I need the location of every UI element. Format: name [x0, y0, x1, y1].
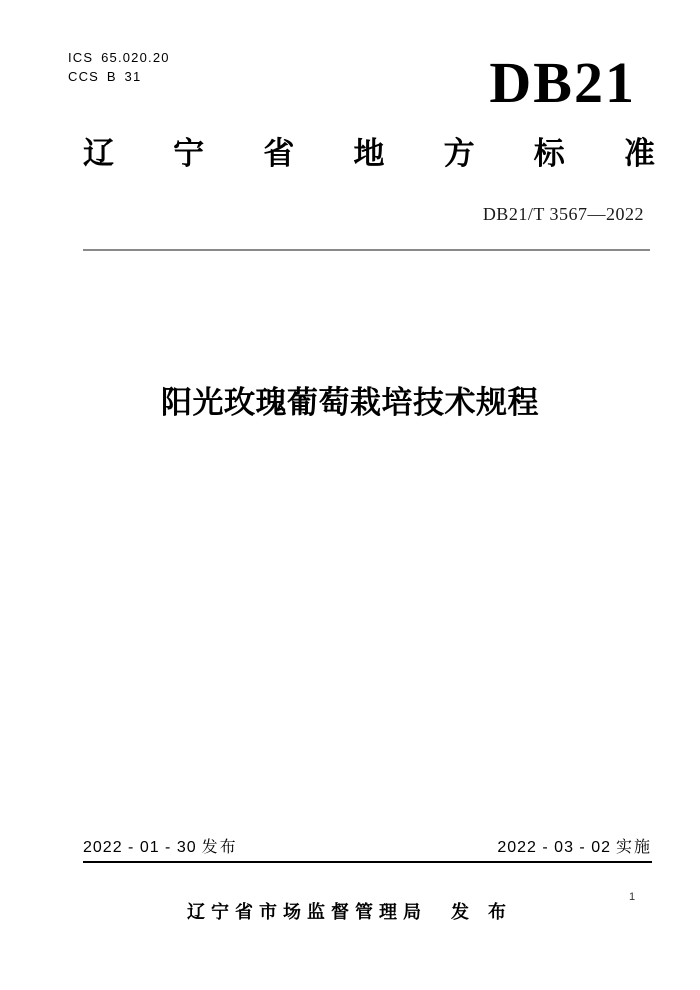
- standard-type-char: 标: [534, 136, 565, 172]
- ccs-code: CCS B 31: [68, 67, 170, 86]
- header-divider-rule: [83, 249, 650, 251]
- issue-label: 发布: [202, 834, 238, 857]
- standard-type-char: 方: [444, 136, 475, 172]
- implement-date-group: 2022 - 03 - 02 实施: [497, 834, 652, 857]
- implement-label: 实施: [616, 834, 652, 857]
- standard-type-char: 地: [353, 136, 384, 172]
- issue-date: 2022 - 01 - 30: [83, 839, 197, 857]
- standard-cover-page: ICS 65.020.20 CCS B 31 DB21 辽 宁 省 地 方 标 …: [0, 0, 700, 990]
- dates-row: 2022 - 01 - 30 发布 2022 - 03 - 02 实施: [83, 834, 652, 863]
- issue-date-group: 2022 - 01 - 30 发布: [83, 834, 238, 857]
- publish-label: 发 布: [451, 898, 513, 924]
- classification-codes: ICS 65.020.20 CCS B 31: [68, 48, 170, 86]
- document-title: 阳光玫瑰葡萄栽培技术规程: [0, 377, 700, 422]
- db21-logo: DB21: [489, 54, 636, 112]
- publisher-name: 辽宁省市场监督管理局: [187, 898, 427, 924]
- standard-number: DB21/T 3567—2022: [483, 204, 644, 225]
- publisher-row: 辽宁省市场监督管理局 发 布: [0, 898, 700, 924]
- standard-type-char: 辽: [83, 136, 114, 172]
- standard-type-title: 辽 宁 省 地 方 标 准: [83, 136, 655, 172]
- ics-code: ICS 65.020.20: [68, 48, 170, 67]
- page-number: 1: [629, 891, 635, 903]
- implement-date: 2022 - 03 - 02: [497, 839, 611, 857]
- standard-type-char: 宁: [173, 136, 204, 172]
- standard-type-char: 准: [624, 136, 655, 172]
- standard-type-char: 省: [263, 136, 294, 172]
